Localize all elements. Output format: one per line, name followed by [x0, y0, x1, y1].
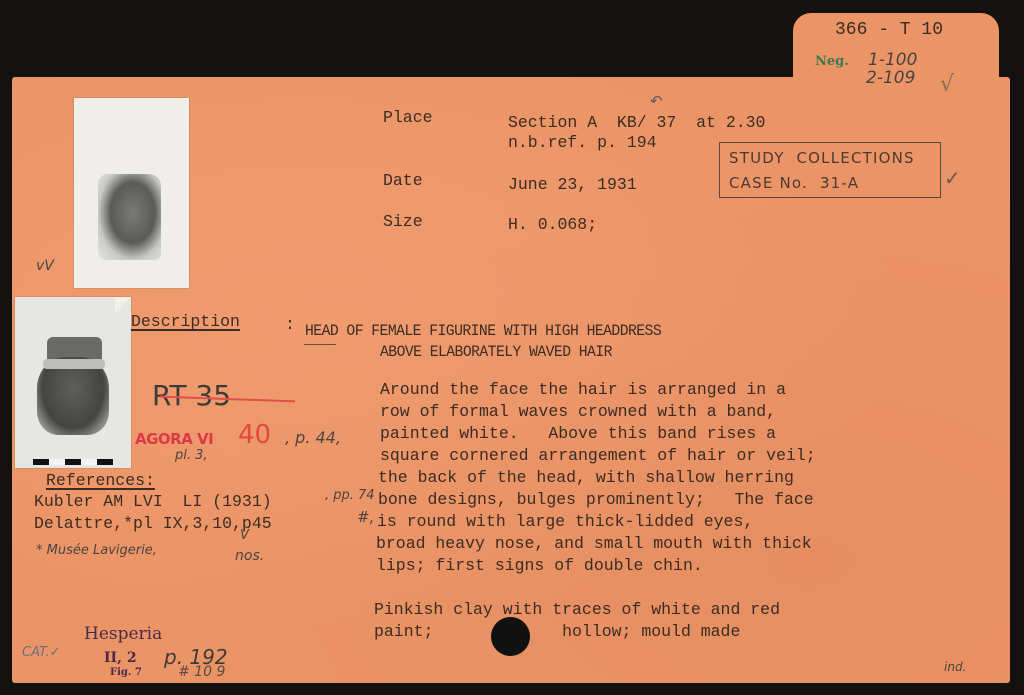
field-value-place: Section A KB/ 37 at 2.30 — [508, 113, 765, 132]
description-title-line-2: ABOVE ELABORATELY WAVED HAIR — [380, 343, 612, 361]
nos-note: nos. — [235, 548, 264, 564]
title-dash — [304, 344, 336, 345]
photo-side-view — [74, 98, 189, 288]
pages-note: , pp. 74 — [325, 488, 375, 503]
agora-page-note: , p. 44, — [285, 428, 341, 447]
musee-note: * Musée Lavigerie, — [36, 543, 157, 558]
scale-bar — [33, 459, 113, 465]
agora-volume-number: 40 — [238, 420, 271, 450]
negative-number-2: 2-109 — [866, 68, 915, 88]
agora-stamp: AGORA VI — [135, 430, 213, 448]
ind-note: ind. — [944, 660, 966, 674]
description-line: painted white. Above this band rises a — [380, 424, 776, 443]
reference-line-1: Kubler AM LVI LI (1931) — [34, 492, 272, 511]
number-note: #, — [357, 508, 374, 526]
field-value-place-ref: n.b.ref. p. 194 — [508, 133, 657, 152]
hesperia-stamp: Hesperia — [84, 624, 162, 644]
reference-line-2: Delattre,*pl IX,3,10,p45 — [34, 514, 272, 533]
negatives-stamp: Neg. — [815, 54, 849, 69]
description-label: Description — [131, 312, 240, 331]
cat-check-note: CAT.✓ — [22, 645, 60, 660]
references-label: References: — [46, 471, 155, 490]
description-line: Around the face the hair is arranged in … — [380, 380, 786, 399]
field-label-place: Place — [383, 108, 433, 127]
left-check-marks: vV — [36, 258, 54, 274]
description-line: broad heavy nose, and small mouth with t… — [376, 534, 812, 553]
description-title-line-1: HEAD OF FEMALE FIGURINE WITH HIGH HEADDR… — [305, 322, 661, 340]
photo-corner-curl — [115, 297, 131, 313]
tab-check-mark: √ — [940, 72, 954, 97]
description-line: is round with large thick-lidded eyes, — [377, 512, 753, 531]
stamp-line-2: CASE No. 31-A — [729, 174, 859, 192]
nos-check: V — [240, 528, 249, 543]
fabric-line-1: Pinkish clay with traces of white and re… — [374, 600, 780, 619]
figurine-hair-band — [43, 359, 105, 369]
photo-front-view — [15, 297, 131, 468]
description-line: row of formal waves crowned with a band, — [380, 402, 776, 421]
hesperia-volume: II, 2 — [104, 650, 137, 666]
field-label-date: Date — [383, 171, 423, 190]
stamp-check-mark: ✓ — [944, 166, 961, 190]
catalog-number: 366 - T 10 — [835, 20, 943, 40]
field-value-size: H. 0.068; — [508, 215, 597, 234]
hesperia-number: # 10 9 — [178, 664, 225, 680]
description-separator: : — [285, 315, 295, 334]
description-line: square cornered arrangement of hair or v… — [380, 446, 816, 465]
fabric-line-2: paint; hollow; mould made — [374, 622, 740, 641]
agora-plate-note: pl. 3, — [175, 448, 208, 463]
stamp-line-1: STUDY COLLECTIONS — [729, 149, 915, 167]
figurine-side-image — [98, 174, 161, 260]
field-label-size: Size — [383, 212, 423, 231]
punch-hole — [491, 617, 530, 656]
description-line: bone designs, bulges prominently; The fa… — [378, 490, 814, 509]
description-line: lips; first signs of double chin. — [376, 556, 703, 575]
kb-arrow-annotation: ↶ — [650, 92, 663, 110]
description-line: the back of the head, with shallow herri… — [378, 468, 794, 487]
field-value-date: June 23, 1931 — [508, 175, 637, 194]
negative-number-1: 1-100 — [868, 50, 917, 70]
hesperia-figure: Fig. 7 — [110, 667, 142, 678]
